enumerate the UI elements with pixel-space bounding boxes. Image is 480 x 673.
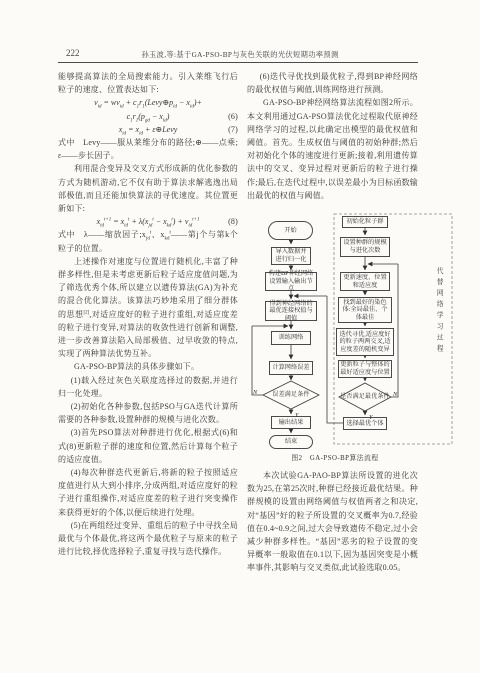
branch-label-no-right: N: [393, 388, 397, 401]
flow-node-output-result: 输出结果: [271, 416, 311, 429]
flow-node-iterate-crossover-mutation: 迭代寻优,适应度好的粒子两两交叉,适应度差的随机变异: [336, 328, 394, 356]
flow-node-find-best-chromosome: 找到最好的染色体:全局最佳、个体最佳: [338, 297, 392, 323]
step-4: (4)每次种群迭代更新后,将新的粒子按照适应度值进行从大到小排序,分成两组,对适…: [58, 466, 238, 519]
flow-node-start: 开始: [268, 221, 313, 240]
left-column: 能够提高算法的全局搜索能力。引入莱维飞行后粒子的速度、位置表达如下: vid =…: [58, 70, 238, 558]
equation-8: xidt+1 = xidt + λ(xjdt − xkdt) + vidt+1 …: [58, 215, 238, 228]
equation-7: xid = xid + ε⊕Levy (7): [58, 123, 238, 136]
step-6: (6)迭代寻优找到最优粒子,得到BP神经网络的最优权值与阈值,训练网络进行预测。: [247, 70, 418, 96]
flow-node-update-velocity: 更新速度、位置和适应度: [340, 272, 390, 291]
flow-decision-optimal-check: 是否满足最优条件: [339, 385, 391, 409]
step-5: (5)在两组经过变异、重组后的粒子中寻找全局最优与个体最优,将这两个最优粒子与原…: [58, 519, 238, 559]
flow-node-end: 结束: [269, 435, 313, 449]
branch-label-yes-left: Y: [295, 409, 299, 422]
paragraph-levy-note: 式中 Levy——服从莱维分布的路径;⊕——点乘;ε——步长因子。: [58, 136, 238, 162]
flow-node-set-population: 设置种群的规模与进化次数: [340, 237, 390, 257]
figure-caption: 图2 GA-PSO-BP算法流程: [246, 452, 424, 465]
branch-label-yes-right: Y: [369, 411, 373, 424]
paragraph-flow-intro: GA-PSO-BP神经网络算法流程如图2所示。本文利用通过GA-PSO算法优化过…: [247, 96, 418, 202]
paragraph-mutation: 利用混合变异及交叉方式形成新的优化参数的方式为随机游动,它不仅有助于算法求解逃逸…: [58, 162, 238, 215]
header-rule: [58, 62, 418, 63]
flow-node-select-best: 选择最优个体: [343, 417, 387, 430]
flow-node-load-data: 导入数据并进行归一化: [271, 247, 311, 265]
figure-2-flowchart: 开始 导入数据并进行归一化 构建BP神经网络设置输入输出节点 得到神经网络的最优…: [246, 211, 454, 469]
equation-8-number: (8): [228, 215, 238, 228]
paragraph-ga-supplement: 上述操作对速度与位置进行随机化,丰富了种群多样性,但是未考虑更新后粒子适应度值问…: [58, 255, 238, 361]
figure-side-label: 代替网络学习过程: [432, 267, 445, 399]
equation-6-line2: c1r1(pgd − xid) (6): [58, 110, 238, 123]
step-2: (2)初始化各种参数,包括PSO与GA迭代计算所需要的各种参数,设置种群的规模与…: [58, 400, 238, 426]
equation-6-number: (6): [228, 110, 238, 123]
equation-7-number: (7): [228, 123, 238, 136]
branch-label-no-left: N: [253, 386, 257, 399]
step-1: (1)载入经过灰色关联度选择过的数据,并进行归一化处理。: [58, 374, 238, 400]
paragraph-steps-intro: GA-PSO-BP算法的具体步骤如下。: [58, 360, 238, 373]
paragraph-experiment-settings: 本次试验GA-PAO-BP算法所设置的进化次数为25,在第25次时,种群已经接近…: [247, 469, 418, 575]
right-column: (6)迭代寻优找到最优粒子,得到BP神经网络的最优权值与阈值,训练网络进行预测。…: [247, 70, 418, 575]
paragraph-velocity-intro: 能够提高算法的全局搜索能力。引入莱维飞行后粒子的速度、位置表达如下:: [58, 70, 238, 96]
running-head: 孙玉波,等:基于GA-PSO-BP与灰色关联的光伏短期功率预测: [0, 50, 480, 60]
paper-page: 222 孙玉波,等:基于GA-PSO-BP与灰色关联的光伏短期功率预测 能够提高…: [0, 0, 480, 673]
equation-6-line1: vid = wvid + c1r1(Levy⊕pid − xid)+: [58, 96, 238, 109]
flow-decision-error-check: 误差满足条件: [265, 388, 317, 402]
flow-node-calc-error: 计算网络误差: [269, 361, 313, 375]
paragraph-lambda-note: 式中 λ——缩放因子;xjdt、xkdt——第j个与第k个粒子的位置。: [58, 228, 238, 254]
flow-node-build-bp-network: 构建BP神经网络设置输入输出节点: [265, 272, 317, 291]
flow-node-update-particle-best: 更新粒子与整体的最好适应度与位置: [338, 360, 392, 378]
step-3: (3)首先PSO算法对种群进行优化,根据式(6)和式(8)更新粒子群的速度和位置…: [58, 426, 238, 466]
flow-node-init-swarm: 初始化粒子群: [342, 216, 388, 228]
flow-node-best-weights: 得到神经网络的最优连接权值与阈值: [265, 301, 317, 321]
flow-node-train-network: 训练网络: [271, 331, 311, 345]
